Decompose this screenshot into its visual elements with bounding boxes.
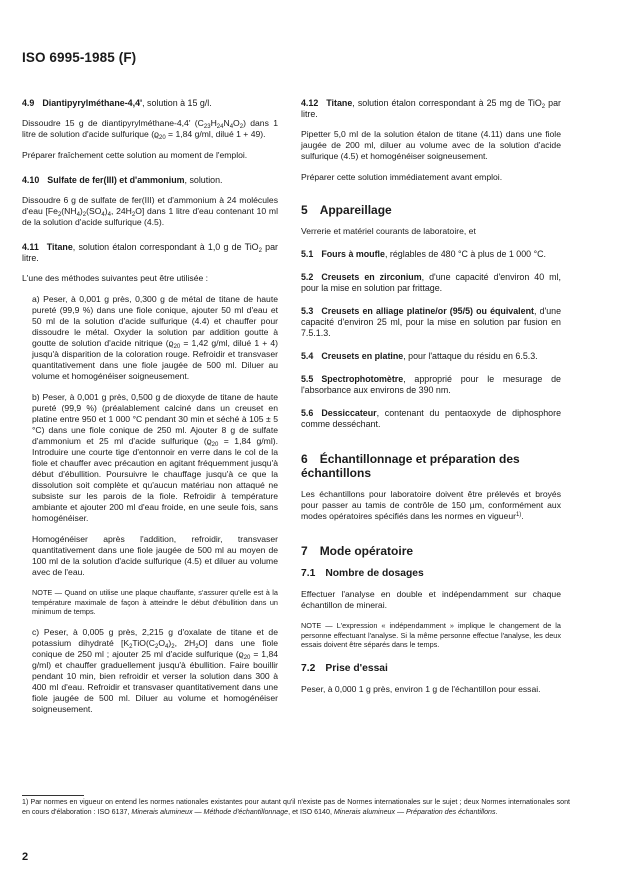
method-b-continuation: Homogénéiser après l'addition, refroidir…: [22, 534, 278, 578]
section-4-12-note: Préparer cette solution immédiatement av…: [301, 172, 561, 183]
section-4-11-heading: 4.11Titane, solution étalon correspondan…: [22, 242, 278, 264]
footnote: 1) Par normes en vigueur on entend les n…: [22, 798, 570, 817]
method-a: a) Peser, à 0,001 g près, 0,300 g de mét…: [22, 294, 278, 382]
section-4-10-heading: 4.10Sulfate de fer(III) et d'ammonium, s…: [22, 175, 278, 186]
left-column: 4.9Diantipyrylméthane-4,4', solution à 1…: [22, 98, 278, 725]
method-c: c) Peser, à 0,005 g près, 2,215 g d'oxal…: [22, 627, 278, 715]
section-6-text: Les échantillons pour laboratoire doiven…: [301, 489, 561, 522]
section-7-1-text: Effectuer l'analyse en double et indépen…: [301, 589, 561, 611]
section-6-heading: 6Échantillonnage et préparation des écha…: [301, 452, 561, 480]
section-4-9-note: Préparer fraîchement cette solution au m…: [22, 150, 278, 161]
document-header: ISO 6995-1985 (F): [22, 50, 136, 65]
method-b-note: NOTE — Quand on utilise une plaque chauf…: [22, 588, 278, 617]
item-5-6: 5.6Dessiccateur, contenant du pentaoxyde…: [301, 408, 561, 430]
section-7-1-note: NOTE — L'expression « indépendamment » i…: [301, 621, 561, 650]
item-5-1: 5.1Fours à moufle, réglables de 480 °C à…: [301, 249, 561, 260]
section-7-2-text: Peser, à 0,000 1 g près, environ 1 g de …: [301, 684, 561, 695]
section-7-heading: 7Mode opératoire: [301, 544, 561, 558]
section-4-11-intro: L'une des méthodes suivantes peut être u…: [22, 273, 278, 284]
section-7-1-heading: 7.1Nombre de dosages: [301, 567, 561, 580]
right-column: 4.12Titane, solution étalon correspondan…: [301, 98, 561, 705]
section-7-2-heading: 7.2Prise d'essai: [301, 662, 561, 675]
method-b: b) Peser, à 0,001 g près, 0,500 g de dio…: [22, 392, 278, 524]
section-5-intro: Verrerie et matériel courants de laborat…: [301, 226, 561, 237]
footnote-divider: [22, 795, 84, 796]
section-5-heading: 5Appareillage: [301, 203, 561, 217]
section-4-9-text: Dissoudre 15 g de diantipyrylméthane-4,4…: [22, 118, 278, 140]
page-number: 2: [22, 851, 28, 863]
item-5-3: 5.3Creusets en alliage platine/or (95/5)…: [301, 306, 561, 339]
section-4-12-text: Pipetter 5,0 ml de la solution étalon de…: [301, 129, 561, 162]
section-4-10-text: Dissoudre 6 g de sulfate de fer(III) et …: [22, 195, 278, 228]
item-5-2: 5.2Creusets en zirconium, d'une capacité…: [301, 272, 561, 294]
section-4-12-heading: 4.12Titane, solution étalon correspondan…: [301, 98, 561, 120]
section-4-9-heading: 4.9Diantipyrylméthane-4,4', solution à 1…: [22, 98, 278, 109]
item-5-5: 5.5Spectrophotomètre, approprié pour le …: [301, 374, 561, 396]
item-5-4: 5.4Creusets en platine, pour l'attaque d…: [301, 351, 561, 362]
